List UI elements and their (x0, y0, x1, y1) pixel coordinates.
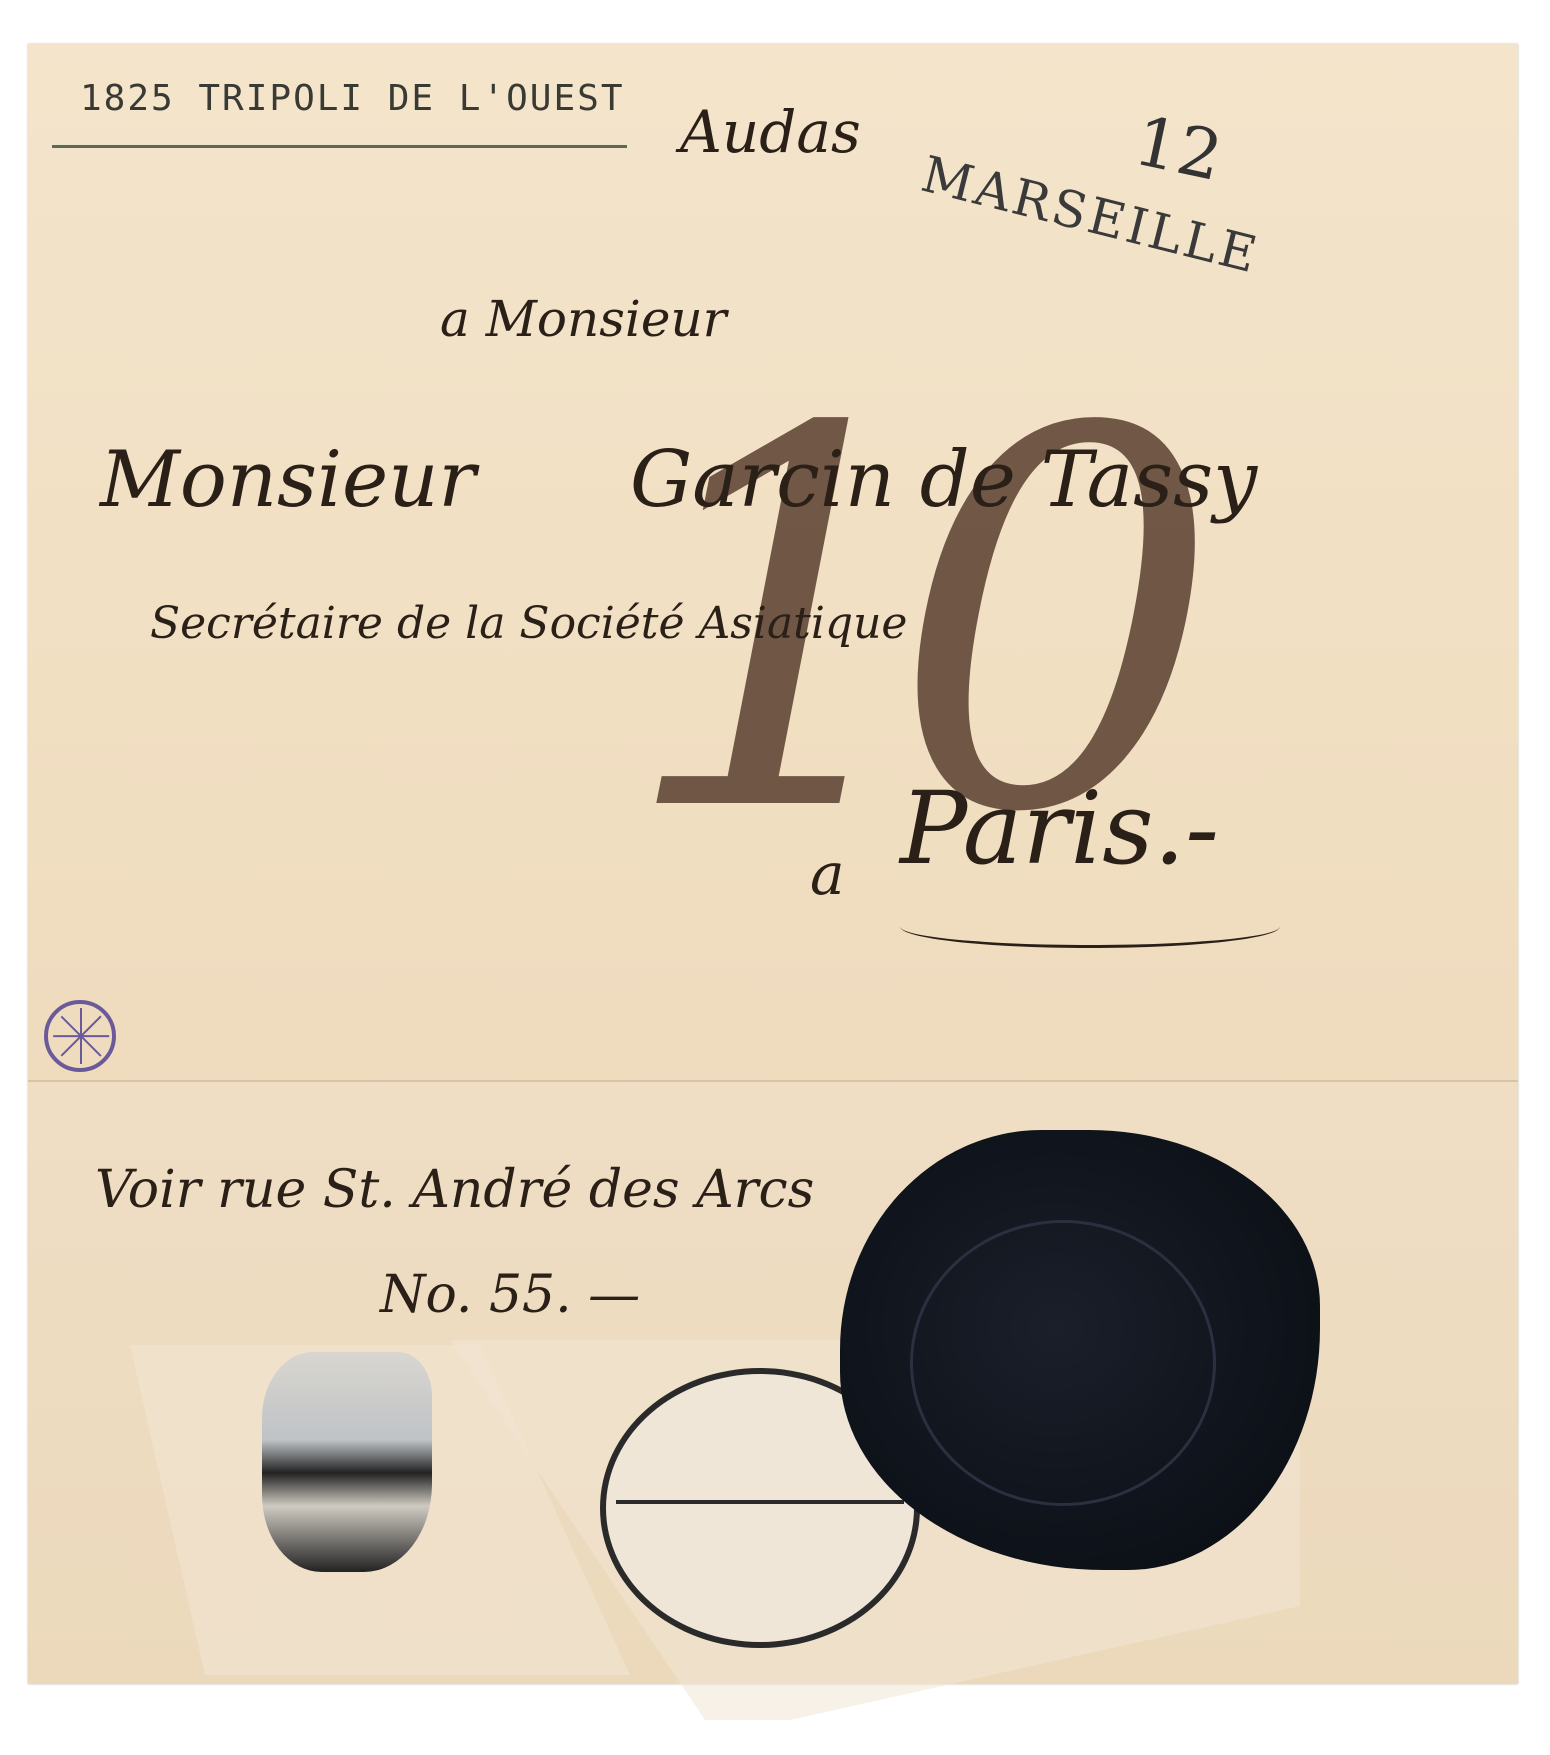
wax-fragment (262, 1352, 432, 1572)
address-salutation: Monsieur (100, 435, 476, 525)
address-title: Secrétaire de la Société Asiatique (150, 598, 907, 649)
pencil-annotation: 1825 TRIPOLI DE L'OUEST (80, 78, 625, 119)
back-note-line-1: Voir rue St. André des Arcs (95, 1160, 814, 1220)
pencil-underline (52, 145, 627, 148)
address-city: Paris.- (900, 770, 1219, 887)
black-wax-seal (840, 1130, 1320, 1570)
address-prefix: a Monsieur (440, 290, 727, 348)
city-underline-flourish (900, 905, 1280, 948)
collector-wheel-stamp (44, 1000, 116, 1072)
seal-divider (616, 1500, 904, 1504)
routing-note: Audas (680, 98, 861, 166)
back-note-line-2: No. 55. — (380, 1265, 640, 1325)
wax-seal-impression-ring (910, 1220, 1216, 1506)
address-city-prefix: a (810, 840, 845, 908)
address-name: Garcin de Tassy (630, 435, 1257, 525)
